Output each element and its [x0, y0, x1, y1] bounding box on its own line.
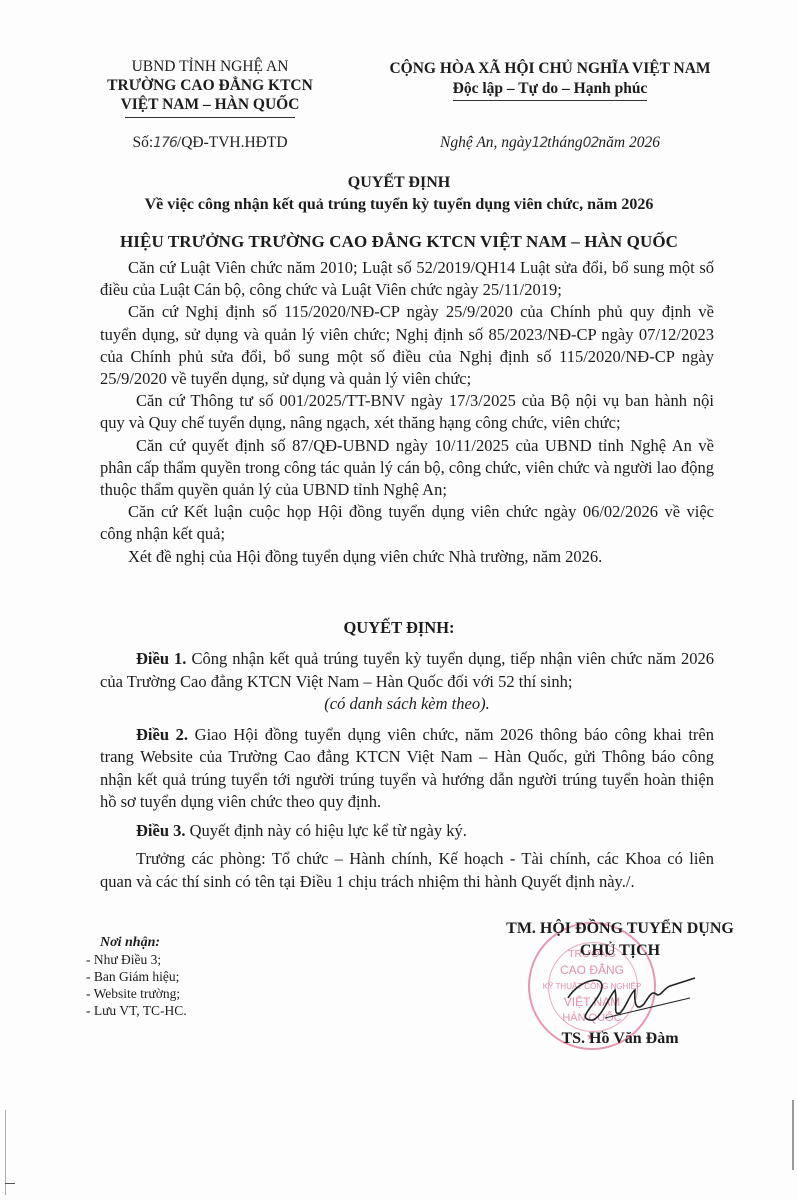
article-3: Điều 3. Quyết định này có hiệu lực kể từ… [100, 820, 714, 843]
doc-no-label: Số: [132, 134, 153, 151]
document-subtitle: Về việc công nhận kết quả trúng tuyển kỳ… [0, 196, 798, 214]
articles: Điều 1. Công nhận kết quả trúng tuyển kỳ… [100, 648, 714, 893]
signer-role-line1: TM. HỘI ĐỒNG TUYỂN DỤNG [470, 918, 770, 940]
basis-item: Căn cứ Kết luận cuộc họp Hội đồng tuyển … [100, 501, 714, 545]
month-handwritten: 02 [583, 135, 599, 151]
country-name: CỘNG HÒA XÃ HỘI CHỦ NGHĨA VIỆT NAM [340, 59, 760, 79]
document-page: UBND TỈNH NGHỆ AN TRƯỜNG CAO ĐẲNG KTCN V… [0, 0, 798, 1200]
national-motto: Độc lập – Tự do – Hạnh phúc [453, 79, 648, 101]
recipient-item: - Như Điều 3; [86, 951, 187, 968]
recipient-item: - Website trường; [86, 985, 187, 1002]
signature-block: TM. HỘI ĐỒNG TUYỂN DỤNG CHỦ TỊCH TS. Hồ … [470, 918, 770, 1050]
decision-heading: QUYẾT ĐỊNH: [0, 618, 798, 638]
article-text: Công nhận kết quả trúng tuyển kỳ tuyển d… [100, 649, 714, 691]
article-label: Điều 1. [136, 649, 186, 668]
org-name-line1: TRƯỜNG CAO ĐẲNG KTCN [60, 76, 360, 95]
doc-no-code: /QĐ-TVH.HĐTD [177, 134, 288, 151]
recipients-block: Nơi nhận: - Như Điều 3; - Ban Giám hiệu;… [86, 934, 187, 1019]
article-label: Điều 2. [136, 725, 188, 744]
day-handwritten: 12 [531, 135, 547, 151]
basis-item: Xét đề nghị của Hội đồng tuyển dụng viên… [100, 546, 714, 568]
year-text: năm 2026 [598, 134, 660, 151]
place-prefix: Nghệ An, ngày [440, 134, 531, 151]
issuing-authority-block: UBND TỈNH NGHỆ AN TRƯỜNG CAO ĐẲNG KTCN V… [60, 57, 360, 118]
article-text: Giao Hội đồng tuyển dụng viên chức, năm … [100, 725, 714, 812]
recipient-item: - Lưu VT, TC-HC. [86, 1002, 187, 1019]
document-number: Số:176/QĐ-TVH.HĐTD [60, 134, 360, 152]
article-1-note: (có danh sách kèm theo). [100, 693, 714, 716]
basis-item: Căn cứ Luật Viên chức năm 2010; Luật số … [100, 257, 714, 301]
parent-authority: UBND TỈNH NGHỆ AN [60, 57, 360, 76]
place-date: Nghệ An, ngày12tháng02năm 2026 [340, 134, 760, 152]
document-title: QUYẾT ĐỊNH [0, 174, 798, 192]
signer-role-line2: CHỦ TỊCH [470, 940, 770, 962]
header-divider [125, 117, 295, 118]
recipient-item: - Ban Giám hiệu; [86, 968, 187, 985]
article-label: Điều 3. [136, 821, 186, 840]
legal-bases: Căn cứ Luật Viên chức năm 2010; Luật số … [100, 257, 714, 568]
recipients-heading: Nơi nhận: [86, 934, 187, 951]
month-label: tháng [547, 134, 582, 151]
national-header: CỘNG HÒA XÃ HỘI CHỦ NGHĨA VIỆT NAM Độc l… [340, 59, 760, 101]
basis-item: Căn cứ quyết định số 87/QĐ-UBND ngày 10/… [100, 435, 714, 502]
article-2: Điều 2. Giao Hội đồng tuyển dụng viên ch… [100, 724, 714, 814]
doc-no-handwritten: 176 [153, 135, 177, 151]
execution-clause: Trưởng các phòng: Tổ chức – Hành chính, … [100, 848, 714, 893]
signing-authority-title: HIỆU TRƯỞNG TRƯỜNG CAO ĐẲNG KTCN VIỆT NA… [0, 232, 798, 252]
article-1: Điều 1. Công nhận kết quả trúng tuyển kỳ… [100, 648, 714, 693]
org-name-line2: VIỆT NAM – HÀN QUỐC [60, 95, 360, 114]
signer-name: TS. Hồ Văn Đàm [470, 1028, 770, 1050]
scan-edge-right [792, 1100, 794, 1170]
scan-corner-mark [5, 1183, 15, 1184]
article-text: Quyết định này có hiệu lực kể từ ngày ký… [186, 821, 467, 840]
basis-item: Căn cứ Nghị định số 115/2020/NĐ-CP ngày … [100, 301, 714, 390]
basis-item: Căn cứ Thông tư số 001/2025/TT-BNV ngày … [100, 390, 714, 434]
